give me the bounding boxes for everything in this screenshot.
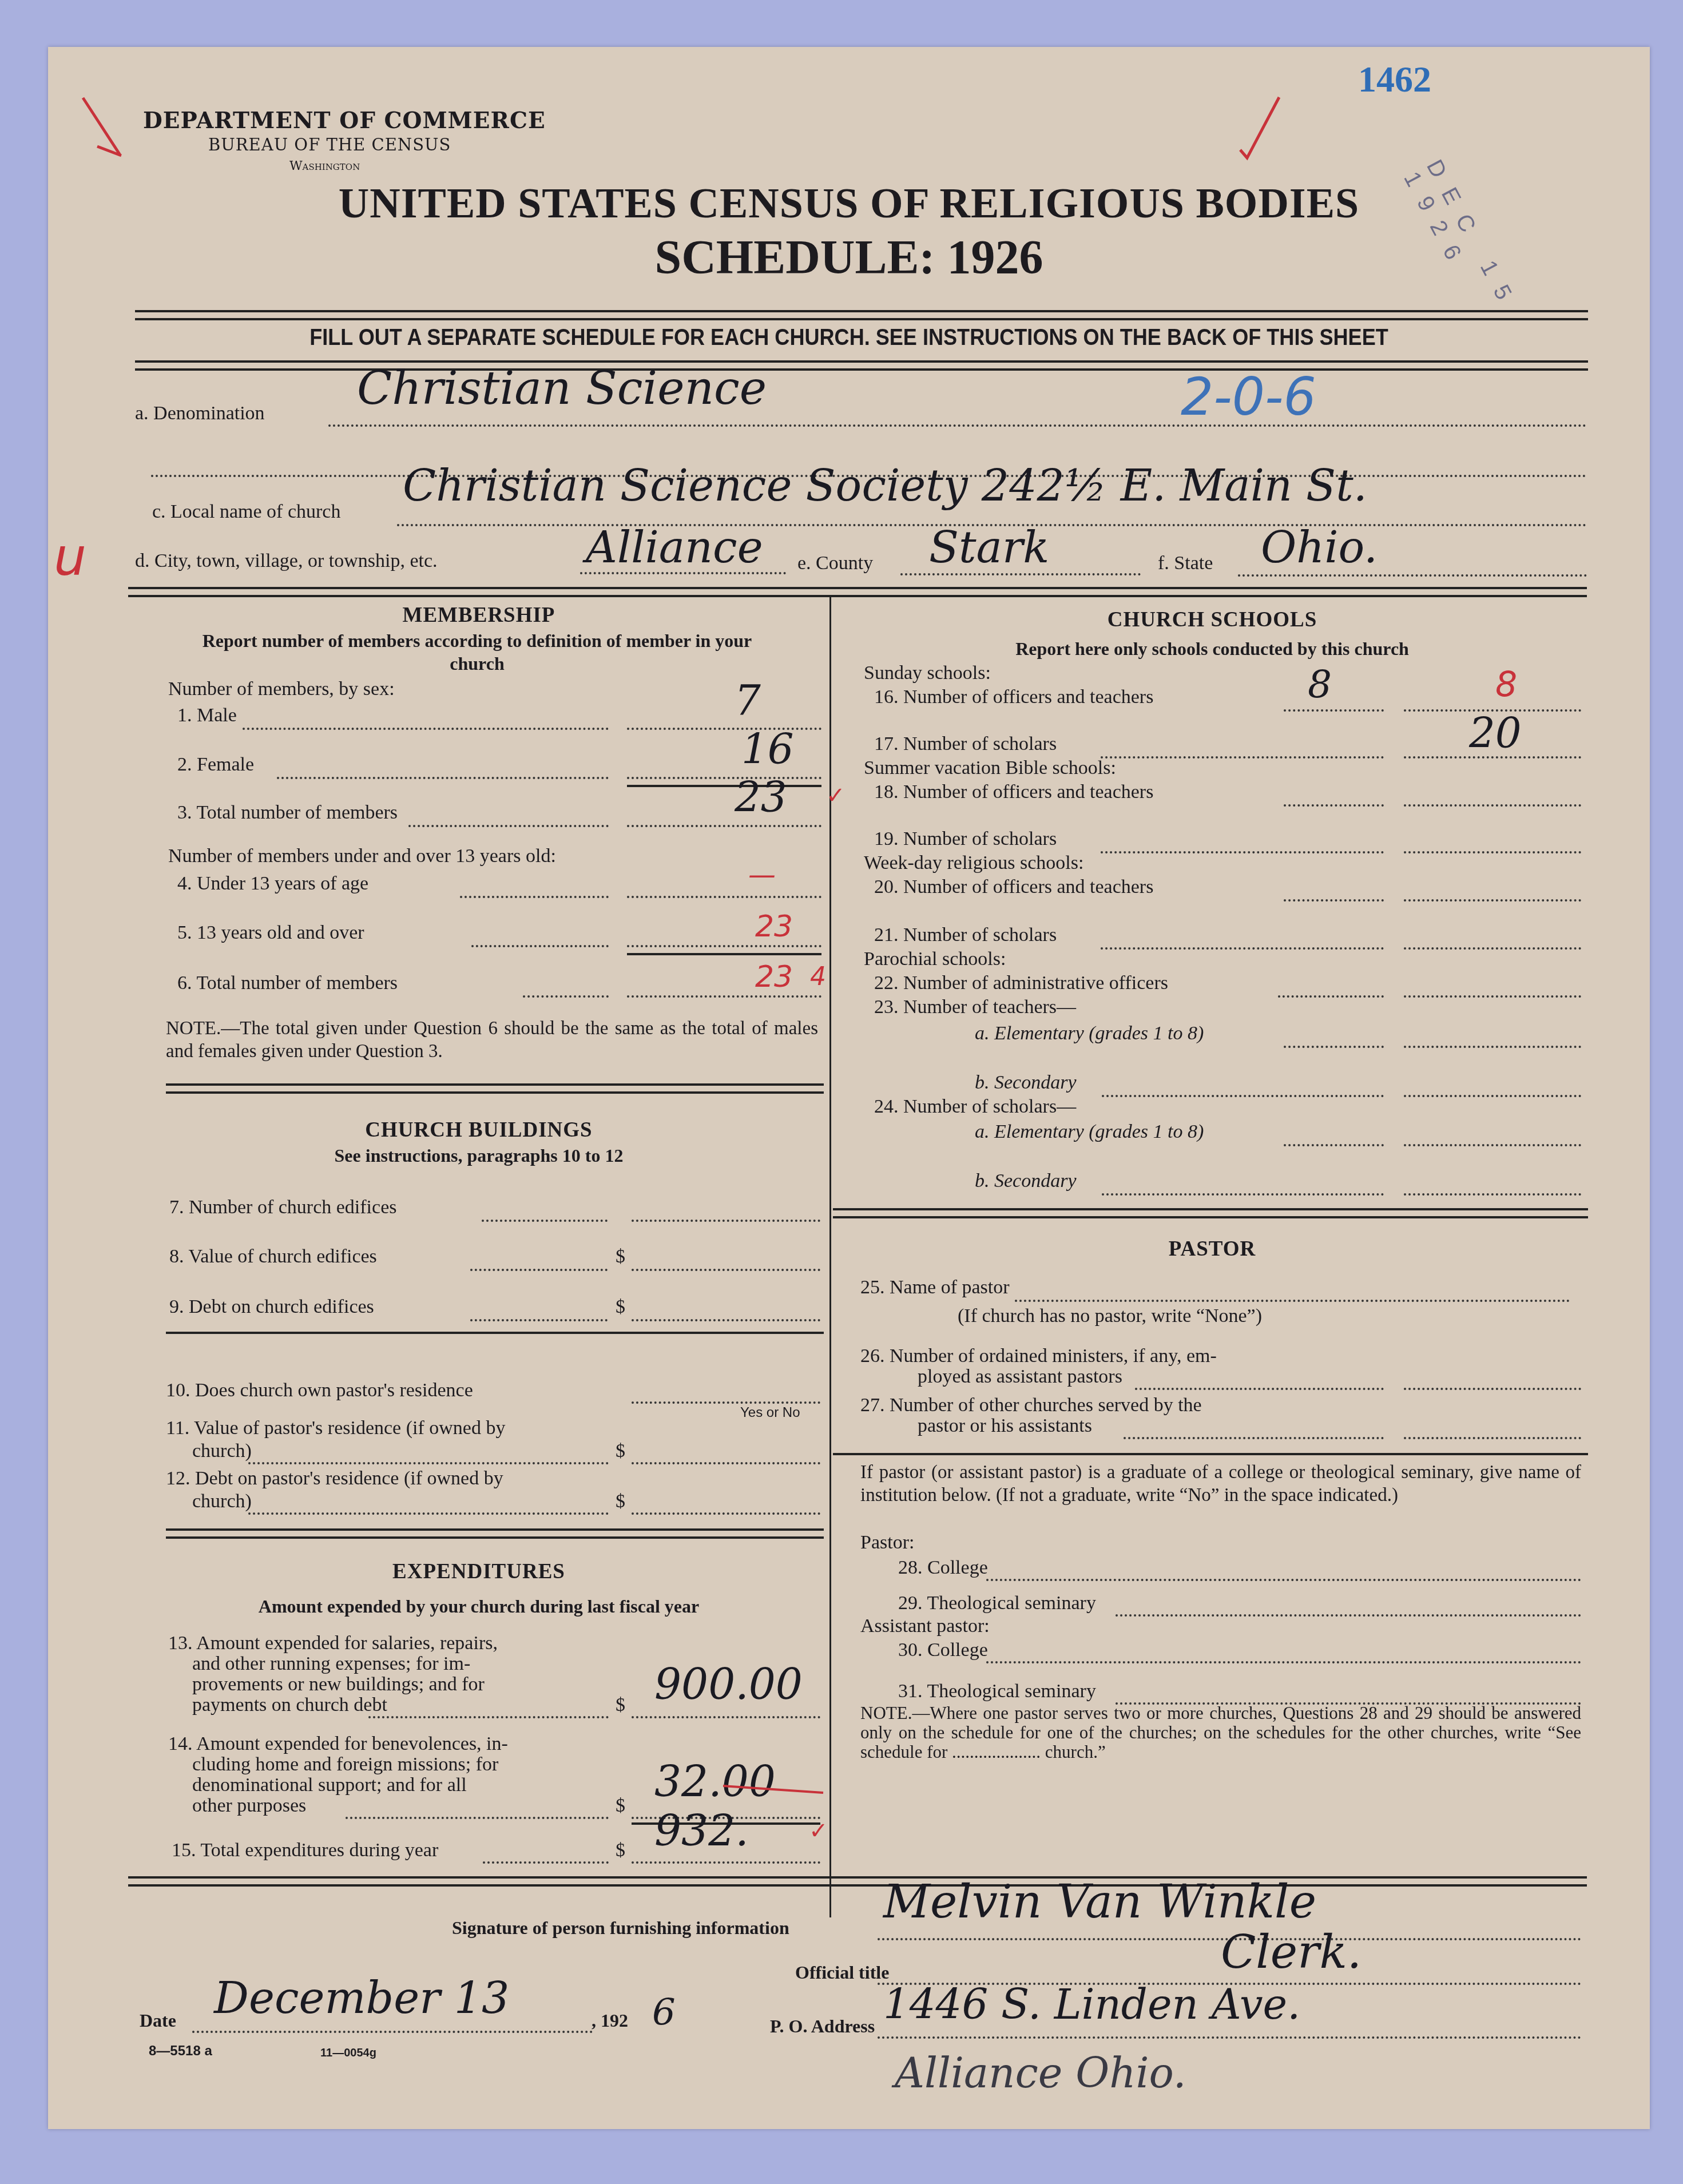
q7-edifices-field[interactable]: [632, 1220, 820, 1222]
census-schedule-sheet: DEPARTMENT OF COMMERCE BUREAU OF THE CEN…: [48, 47, 1650, 2129]
summer-schools-label: Summer vacation Bible schools:: [864, 757, 1116, 779]
county-line: [900, 573, 1141, 575]
q25-pastor-name-field[interactable]: [1015, 1300, 1570, 1302]
q23a-label: a. Elementary (grades 1 to 8): [975, 1023, 1204, 1045]
q4-under13-field[interactable]: —: [748, 859, 776, 891]
q27-field[interactable]: [1404, 1437, 1581, 1439]
q1-male-field[interactable]: 7: [735, 676, 761, 724]
q25-label: 25. Name of pastor: [860, 1277, 1010, 1299]
by-age-label: Number of members under and over 13 year…: [168, 845, 556, 867]
q7-label: 7. Number of church edifices: [169, 1197, 396, 1218]
q15-total-field[interactable]: 932.: [654, 1806, 749, 1856]
form-number: 8—5518 a: [149, 2043, 212, 2059]
q10-hint: Yes or No: [740, 1405, 800, 1421]
po-address-label: P. O. Address: [770, 2016, 875, 2037]
q9-currency: $: [616, 1296, 625, 1318]
q29-seminary-field[interactable]: [1116, 1614, 1581, 1617]
q17-leader: [1101, 756, 1384, 759]
q21-label: 21. Number of scholars: [874, 924, 1057, 946]
q22-label: 22. Number of administrative officers: [874, 972, 1168, 994]
header-rule-2: [135, 360, 1588, 371]
q14-label-1: 14. Amount expended for benevolences, in…: [168, 1733, 508, 1755]
q17-scholars-field[interactable]: 20: [1469, 709, 1522, 757]
red-tick-q3: ✓: [826, 783, 846, 809]
official-title-label: Official title: [795, 1962, 889, 1983]
church-buildings-heading: CHURCH BUILDINGS: [128, 1118, 829, 1142]
state-label: f. State: [1158, 553, 1213, 574]
church-schools-subheading: Report here only schools conducted by th…: [837, 638, 1587, 660]
q13-label-3: provements or new buildings; and for: [192, 1674, 485, 1695]
form-title: UNITED STATES CENSUS OF RELIGIOUS BODIES: [48, 180, 1650, 228]
red-tick-q15: ✓: [809, 1818, 828, 1844]
file-number-stamp: 1462: [1358, 58, 1431, 101]
membership-heading: MEMBERSHIP: [128, 603, 829, 628]
city-label: d. City, town, village, or township, etc…: [135, 550, 438, 572]
q10-label: 10. Does church own pastor's residence: [166, 1380, 473, 1401]
q5-leader: [471, 945, 609, 947]
q21-leader: [1101, 947, 1384, 950]
q24-label: 24. Number of scholars—: [874, 1096, 1076, 1118]
schools-rule: [833, 1208, 1588, 1218]
q2-female-field[interactable]: 16: [741, 725, 794, 773]
q5-label: 5. 13 years old and over: [177, 922, 364, 944]
q13-leader: [368, 1716, 609, 1718]
buildings-rule: [166, 1332, 824, 1334]
q6-red-annotation: 4: [810, 962, 826, 991]
local-name-field[interactable]: Christian Science Society 242½ E. Main S…: [403, 460, 1367, 511]
q29-label: 29. Theological seminary: [898, 1593, 1096, 1614]
q8-label: 8. Value of church edifices: [169, 1246, 377, 1268]
q13-label-2: and other running expenses; for im-: [192, 1653, 470, 1675]
red-arrow-mark: [80, 95, 132, 164]
q13-label-1: 13. Amount expended for salaries, repair…: [168, 1633, 498, 1654]
address-line: [878, 2036, 1581, 2039]
q20-label: 20. Number of officers and teachers: [874, 876, 1153, 898]
q5-line: [627, 945, 821, 947]
q3-line: [627, 825, 821, 827]
red-check-mark: [1238, 94, 1284, 162]
classification-code: 2-0-6: [1181, 367, 1316, 427]
bureau-city: Washington: [289, 159, 360, 173]
q11-label: 11. Value of pastor's residence (if owne…: [166, 1417, 505, 1439]
church-buildings-subheading: See instructions, paragraphs 10 to 12: [128, 1145, 829, 1166]
q15-leader: [483, 1861, 609, 1864]
q16-leader: [1284, 709, 1384, 712]
q4-leader: [460, 896, 609, 898]
q2-line: [627, 777, 821, 779]
pastor-sublabel: Pastor:: [860, 1532, 914, 1554]
church-schools-heading: CHURCH SCHOOLS: [837, 607, 1587, 632]
q12-currency: $: [616, 1491, 625, 1512]
q22-leader: [1278, 995, 1384, 998]
print-number: 11—0054g: [320, 2047, 376, 2060]
q24a-field[interactable]: [1404, 1144, 1581, 1146]
q16-officers-field[interactable]: 8: [1308, 662, 1332, 706]
department-name: DEPARTMENT OF COMMERCE: [143, 108, 546, 134]
header-rule: [135, 310, 1588, 320]
q7-leader: [482, 1220, 608, 1222]
buildings-bottom-rule: [166, 1528, 824, 1539]
county-field[interactable]: Stark: [929, 522, 1049, 573]
q19-field[interactable]: [1404, 851, 1581, 853]
q26-label-cont: ployed as assistant pastors: [918, 1366, 1122, 1388]
q14-leader: [346, 1817, 609, 1819]
parochial-schools-label: Parochial schools:: [864, 948, 1006, 970]
q27-leader: [1124, 1437, 1384, 1439]
city-field[interactable]: Alliance: [586, 522, 763, 573]
address-field-line2[interactable]: Alliance Ohio.: [895, 2049, 1186, 2097]
q14-label-3: denominational support; and for all: [192, 1774, 467, 1796]
pastor-note: NOTE.—Where one pastor serves two or mor…: [860, 1703, 1581, 1762]
q21-field[interactable]: [1404, 947, 1581, 950]
membership-subheading: Report number of members according to de…: [174, 629, 780, 675]
instructions-bar: FILL OUT A SEPARATE SCHEDULE FOR EACH CH…: [144, 324, 1554, 351]
q22-field[interactable]: [1404, 995, 1581, 998]
graduate-note: If pastor (or assistant pastor) is a gra…: [860, 1461, 1581, 1507]
q8-currency: $: [616, 1246, 625, 1268]
by-sex-label: Number of members, by sex:: [168, 678, 395, 700]
q14-label-2: cluding home and foreign missions; for: [192, 1754, 498, 1776]
q6-total-field[interactable]: 23: [755, 960, 793, 994]
date-label: Date: [140, 2010, 176, 2031]
q18-leader: [1284, 804, 1384, 807]
date-field[interactable]: December 13: [214, 1972, 509, 2023]
q11-leader: [248, 1462, 609, 1464]
q23a-field[interactable]: [1404, 1046, 1581, 1048]
membership-note: NOTE.—The total given under Question 6 s…: [166, 1017, 818, 1063]
q13-line: [632, 1716, 820, 1718]
pastor-heading: PASTOR: [837, 1237, 1587, 1261]
q30-label: 30. College: [898, 1639, 988, 1661]
q11-currency: $: [616, 1440, 625, 1462]
q16-label: 16. Number of officers and teachers: [874, 686, 1153, 708]
red-margin-mark: u: [54, 527, 86, 587]
weekday-schools-label: Week-day religious schools:: [864, 852, 1083, 874]
q12-debt-field[interactable]: [632, 1512, 820, 1515]
q13-label-4: payments on church debt: [192, 1694, 387, 1716]
q16-red-check-value: 8: [1495, 665, 1517, 705]
q18-label: 18. Number of officers and teachers: [874, 781, 1153, 803]
q5-sum-rule: [627, 953, 821, 955]
q26-leader: [1135, 1388, 1384, 1390]
q15-label: 15. Total expenditures during year: [172, 1840, 438, 1861]
q11-label-cont: church): [192, 1440, 252, 1462]
q18-field[interactable]: [1404, 804, 1581, 807]
schedule-year: SCHEDULE: 1926: [48, 230, 1650, 285]
q15-currency: $: [616, 1840, 625, 1861]
q27-label: 27. Number of other churches served by t…: [860, 1395, 1202, 1416]
date-line: [192, 2031, 593, 2033]
q15-line: [632, 1861, 820, 1864]
q4-line: [627, 896, 821, 898]
q3-label: 3. Total number of members: [177, 802, 398, 824]
q14-currency: $: [616, 1795, 625, 1817]
q31-label: 31. Theological seminary: [898, 1681, 1096, 1702]
signature-label: Signature of person furnishing informati…: [452, 1917, 789, 1939]
bureau-name: BUREAU OF THE CENSUS: [208, 135, 451, 154]
q12-label-cont: church): [192, 1491, 252, 1512]
assistant-pastor-sublabel: Assistant pastor:: [860, 1615, 990, 1637]
q17-label: 17. Number of scholars: [874, 733, 1057, 755]
q8-leader: [470, 1269, 608, 1271]
q9-leader: [470, 1319, 608, 1321]
section-rule: [128, 587, 1587, 597]
signature-rule: [128, 1876, 1587, 1887]
q6-label: 6. Total number of members: [177, 972, 398, 994]
q2-leader: [277, 777, 609, 779]
sunday-schools-label: Sunday schools:: [864, 662, 991, 684]
expenditures-heading: EXPENDITURES: [128, 1559, 829, 1584]
q28-college-field[interactable]: [986, 1579, 1581, 1581]
q23b-leader: [1102, 1095, 1384, 1097]
q26-label: 26. Number of ordained ministers, if any…: [860, 1345, 1217, 1367]
q6-line: [627, 995, 821, 998]
q25-hint: (If church has no pastor, write “None”): [958, 1305, 1262, 1327]
q3-total-field[interactable]: 23: [735, 773, 787, 821]
q13-amount-field[interactable]: 900.00: [654, 1660, 803, 1709]
q20-leader: [1284, 899, 1384, 902]
q2-label: 2. Female: [177, 754, 254, 776]
q10-residence-field[interactable]: [632, 1401, 820, 1404]
county-label: e. County: [797, 553, 873, 574]
q8-value-field[interactable]: [632, 1269, 820, 1271]
q13-currency: $: [616, 1694, 625, 1716]
q24b-field[interactable]: [1404, 1193, 1581, 1196]
local-name-label: c. Local name of church: [152, 501, 340, 523]
q14-label-4: other purposes: [192, 1795, 306, 1817]
official-title-field[interactable]: Clerk.: [1221, 1925, 1362, 1979]
q1-leader: [243, 728, 609, 730]
q19-leader: [1101, 851, 1384, 853]
q23a-leader: [1284, 1046, 1384, 1048]
q28-label: 28. College: [898, 1557, 988, 1579]
q1-label: 1. Male: [177, 705, 237, 726]
expenditures-subheading: Amount expended by your church during la…: [128, 1596, 829, 1617]
q9-label: 9. Debt on church edifices: [169, 1296, 374, 1318]
q12-leader: [248, 1512, 609, 1515]
q23-label: 23. Number of teachers—: [874, 996, 1076, 1018]
q2-sum-rule: [627, 785, 821, 787]
q3-leader: [408, 825, 609, 827]
state-line: [1238, 574, 1587, 577]
q9-debt-field[interactable]: [632, 1319, 820, 1321]
state-field[interactable]: Ohio.: [1261, 522, 1378, 573]
signature-field[interactable]: Melvin Van Winkle: [883, 1875, 1316, 1928]
q26-field[interactable]: [1404, 1388, 1581, 1390]
q20-field[interactable]: [1404, 899, 1581, 902]
address-field-line1[interactable]: 1446 S. Linden Ave.: [883, 1980, 1300, 2028]
q27-label-cont: pastor or his assistants: [918, 1415, 1092, 1437]
membership-rule: [166, 1083, 824, 1094]
q19-label: 19. Number of scholars: [874, 828, 1057, 850]
q23b-field[interactable]: [1404, 1095, 1581, 1097]
red-strikethrough: [723, 1780, 826, 1797]
q4-label: 4. Under 13 years of age: [177, 873, 368, 895]
q24a-label: a. Elementary (grades 1 to 8): [975, 1121, 1204, 1143]
q11-value-field[interactable]: [632, 1462, 820, 1464]
q5-over13-field[interactable]: 23: [755, 910, 793, 944]
pastor-rule: [833, 1453, 1588, 1455]
q24b-leader: [1102, 1193, 1384, 1196]
year-field[interactable]: 6: [652, 1992, 676, 2034]
q6-leader: [523, 995, 609, 998]
q24a-leader: [1284, 1144, 1384, 1146]
q12-label: 12. Debt on pastor's residence (if owned…: [166, 1468, 503, 1490]
denomination-field[interactable]: Christian Science: [357, 362, 767, 415]
q30-college-field[interactable]: [986, 1661, 1581, 1663]
denomination-label: a. Denomination: [135, 403, 265, 424]
denomination-line: [328, 424, 1587, 427]
year-prefix: , 192: [592, 2010, 628, 2031]
q24b-label: b. Secondary: [975, 1170, 1077, 1192]
q23b-label: b. Secondary: [975, 1072, 1077, 1094]
